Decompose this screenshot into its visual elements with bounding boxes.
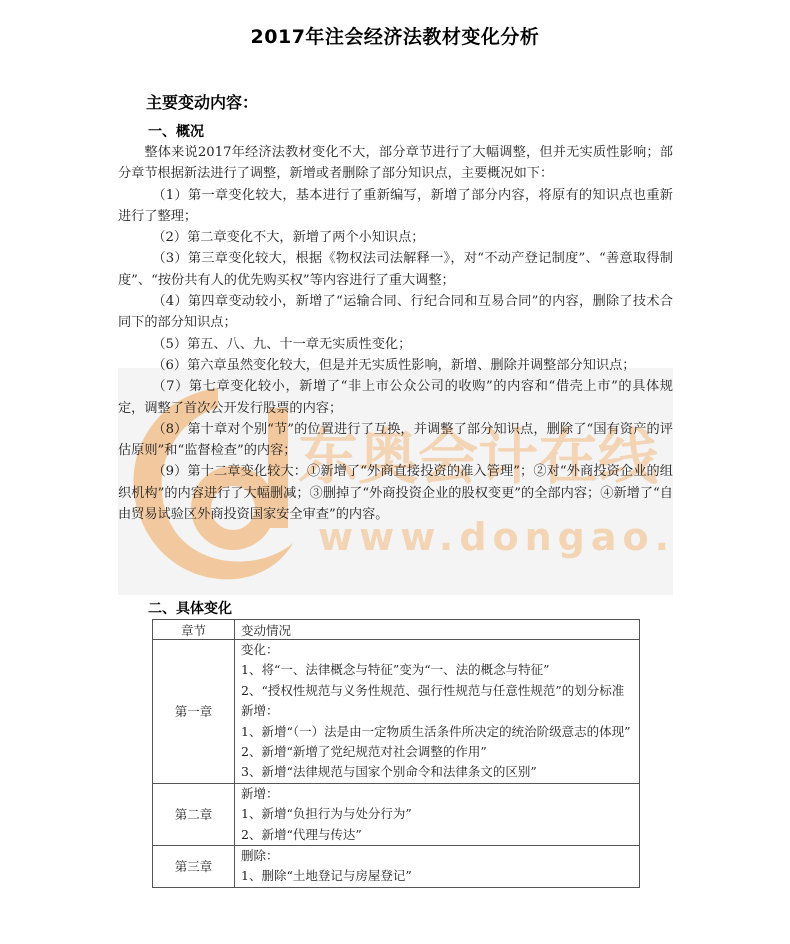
- change-line: 变化：: [241, 640, 633, 660]
- chapter-cell: 第三章: [153, 846, 235, 888]
- overview-item-2: （2）第二章变化不大，新增了两个小知识点；: [118, 227, 673, 248]
- overview-item-1: （1）第一章变化较大，基本进行了重新编写，新增了部分内容，将原有的知识点也重新进…: [118, 185, 673, 228]
- overview-item-7: （7）第七章变化较小，新增了“非上市公众公司的收购”的内容和“借壳上市”的具体规…: [118, 376, 673, 419]
- overview-item-5: （5）第五、八、九、十一章无实质性变化；: [118, 334, 673, 355]
- changes-cell: 删除： 1、删除“土地登记与房屋登记”: [235, 846, 640, 888]
- overview-item-4: （4）第四章变动较小，新增了“运输合同、行纪合同和互易合同”的内容，删除了技术合…: [118, 291, 673, 334]
- changes-table-container: 章节 变动情况 第一章 变化： 1、将“一、法律概念与特征”变为“一、法的概念与…: [152, 619, 640, 888]
- overview-item-9: （9）第十二章变化较大：①新增了“外商直接投资的准入管理”；②对“外商投资企业的…: [118, 461, 673, 525]
- changes-cell: 新增： 1、新增“负担行为与处分行为” 2、新增“代理与传达”: [235, 783, 640, 845]
- change-line: 1、新增“（一）法是由一定物质生活条件所决定的统治阶级意志的体现”: [241, 722, 633, 742]
- overview-item-8: （8）第十章对个别“节”的位置进行了互换，并调整了部分知识点，删除了“国有资产的…: [118, 419, 673, 462]
- chapter-cell: 第一章: [153, 640, 235, 784]
- overview-body: 整体来说2017年经济法教材变化不大，部分章节进行了大幅调整，但并无实质性影响；…: [118, 142, 673, 525]
- document-title: 2017年注会经济法教材变化分析: [0, 22, 790, 49]
- change-line: 新增：: [241, 784, 633, 804]
- header-chapter: 章节: [153, 620, 235, 640]
- change-line: 2、“授权性规范与义务性规范、强行性规范与任意性规范”的划分标准: [241, 681, 633, 701]
- change-line: 删除：: [241, 846, 633, 866]
- change-line: 1、新增“负担行为与处分行为”: [241, 804, 633, 824]
- change-line: 2、新增“新增了党纪规范对社会调整的作用”: [241, 742, 633, 762]
- section-heading-overview: 一、概况: [148, 121, 204, 141]
- table-row: 第三章 删除： 1、删除“土地登记与房屋登记”: [153, 846, 640, 888]
- header-changes: 变动情况: [235, 620, 640, 640]
- table-row: 第一章 变化： 1、将“一、法律概念与特征”变为“一、法的概念与特征” 2、“授…: [153, 640, 640, 784]
- overview-item-6: （6）第六章虽然变化较大，但是并无实质性影响，新增、删除并调整部分知识点；: [118, 355, 673, 376]
- change-line: 新增：: [241, 701, 633, 721]
- main-heading: 主要变动内容：: [146, 90, 258, 113]
- change-line: 2、新增“代理与传达”: [241, 825, 633, 845]
- table-header-row: 章节 变动情况: [153, 620, 640, 640]
- chapter-cell: 第二章: [153, 783, 235, 845]
- section-heading-details: 二、具体变化: [148, 598, 232, 618]
- change-line: 1、将“一、法律概念与特征”变为“一、法的概念与特征”: [241, 660, 633, 680]
- document-page: 2017年注会经济法教材变化分析 主要变动内容： 一、概况 东奥会计在线 www…: [0, 0, 790, 944]
- overview-item-3: （3）第三章变化较大，根据《物权法司法解释一》，对“不动产登记制度”、“善意取得…: [118, 248, 673, 291]
- change-line: 1、删除“土地登记与房屋登记”: [241, 866, 633, 886]
- changes-cell: 变化： 1、将“一、法律概念与特征”变为“一、法的概念与特征” 2、“授权性规范…: [235, 640, 640, 784]
- overview-intro: 整体来说2017年经济法教材变化不大，部分章节进行了大幅调整，但并无实质性影响；…: [118, 142, 673, 185]
- changes-table: 章节 变动情况 第一章 变化： 1、将“一、法律概念与特征”变为“一、法的概念与…: [152, 619, 640, 888]
- table-row: 第二章 新增： 1、新增“负担行为与处分行为” 2、新增“代理与传达”: [153, 783, 640, 845]
- change-line: 3、新增“法律规范与国家个别命令和法律条文的区别”: [241, 762, 633, 782]
